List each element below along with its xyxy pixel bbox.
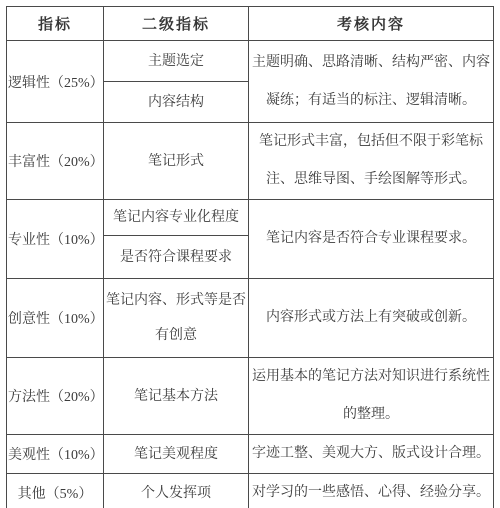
- sub-indicator-cell: 笔记内容、形式等是否有创意: [104, 279, 249, 358]
- content-cell: 笔记内容是否符合专业课程要求。: [249, 200, 494, 279]
- content-cell: 内容形式或方法上有突破或创新。: [249, 279, 494, 358]
- sub-indicator-cell: 个人发挥项: [104, 474, 249, 508]
- sub-indicator-cell: 内容结构: [104, 82, 249, 123]
- sub-indicator-cell: 笔记内容专业化程度: [104, 200, 249, 236]
- sub-indicator-cell: 是否符合课程要求: [104, 236, 249, 279]
- indicator-cell: 其他（5%）: [7, 474, 104, 508]
- column-header-assessment-content: 考核内容: [249, 7, 494, 41]
- table-row: 丰富性（20%）笔记形式笔记形式丰富，包括但不限于彩笔标注、思维导图、手绘图解等…: [7, 123, 494, 200]
- indicator-cell: 创意性（10%）: [7, 279, 104, 358]
- indicator-cell: 专业性（10%）: [7, 200, 104, 279]
- content-cell: 笔记形式丰富，包括但不限于彩笔标注、思维导图、手绘图解等形式。: [249, 123, 494, 200]
- document-page: 指标 二级指标 考核内容 逻辑性（25%）主题选定主题明确、思路清晰、结构严密、…: [0, 0, 500, 508]
- rubric-table-header: 指标 二级指标 考核内容: [7, 7, 494, 41]
- sub-indicator-cell: 笔记美观程度: [104, 435, 249, 474]
- content-cell: 字迹工整、美观大方、版式设计合理。: [249, 435, 494, 474]
- rubric-table-body: 逻辑性（25%）主题选定主题明确、思路清晰、结构严密、内容凝练；有适当的标注、逻…: [7, 41, 494, 508]
- table-row: 创意性（10%）笔记内容、形式等是否有创意内容形式或方法上有突破或创新。: [7, 279, 494, 358]
- table-row: 其他（5%）个人发挥项对学习的一些感悟、心得、经验分享。: [7, 474, 494, 508]
- table-row: 逻辑性（25%）主题选定主题明确、思路清晰、结构严密、内容凝练；有适当的标注、逻…: [7, 41, 494, 82]
- indicator-cell: 美观性（10%）: [7, 435, 104, 474]
- column-header-indicator: 指标: [7, 7, 104, 41]
- content-cell: 运用基本的笔记方法对知识进行系统性的整理。: [249, 358, 494, 435]
- indicator-cell: 丰富性（20%）: [7, 123, 104, 200]
- content-cell: 主题明确、思路清晰、结构严密、内容凝练；有适当的标注、逻辑清晰。: [249, 41, 494, 123]
- column-header-secondary-indicator: 二级指标: [104, 7, 249, 41]
- content-cell: 对学习的一些感悟、心得、经验分享。: [249, 474, 494, 508]
- sub-indicator-cell: 笔记形式: [104, 123, 249, 200]
- sub-indicator-cell: 笔记基本方法: [104, 358, 249, 435]
- sub-indicator-cell: 主题选定: [104, 41, 249, 82]
- table-row: 方法性（20%）笔记基本方法运用基本的笔记方法对知识进行系统性的整理。: [7, 358, 494, 435]
- indicator-cell: 逻辑性（25%）: [7, 41, 104, 123]
- indicator-cell: 方法性（20%）: [7, 358, 104, 435]
- table-row: 美观性（10%）笔记美观程度字迹工整、美观大方、版式设计合理。: [7, 435, 494, 474]
- table-row: 专业性（10%）笔记内容专业化程度笔记内容是否符合专业课程要求。: [7, 200, 494, 236]
- rubric-table: 指标 二级指标 考核内容 逻辑性（25%）主题选定主题明确、思路清晰、结构严密、…: [6, 6, 494, 508]
